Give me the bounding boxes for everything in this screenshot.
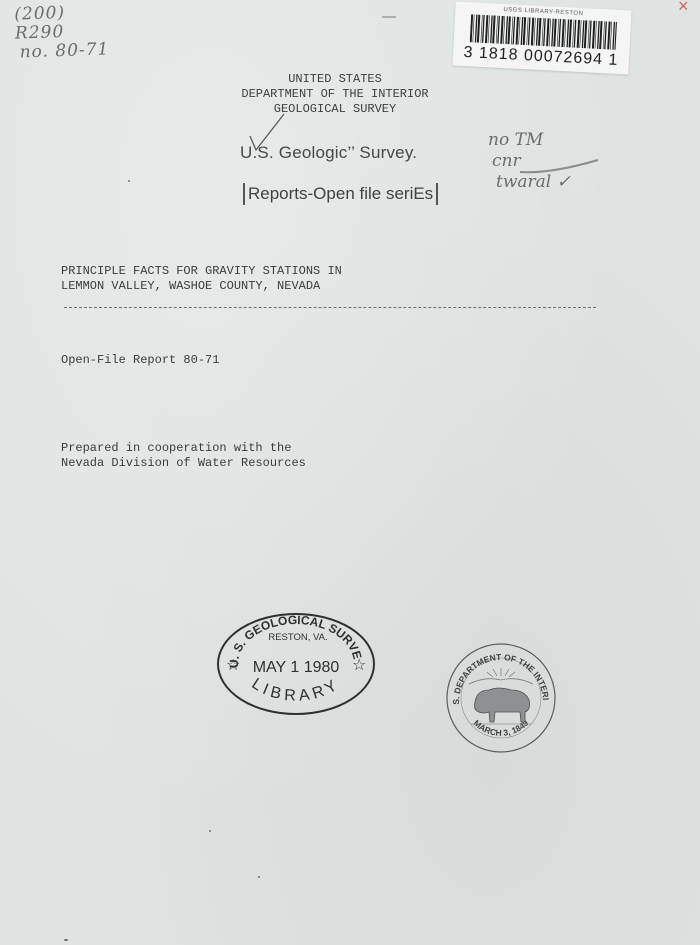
svg-text:LIBRARY: LIBRARY xyxy=(249,675,344,704)
handwritten-call-number: (200) R290 no. 80-71 xyxy=(14,2,110,62)
call-number-line: no. 80-71 xyxy=(19,40,109,62)
header-line: GEOLOGICAL SURVEY xyxy=(200,102,470,117)
bison-icon xyxy=(475,688,530,722)
barcode-sticker: USGS LIBRARY-RESTON 3 1818 00072694 1 xyxy=(452,1,631,74)
department-of-interior-seal: U.S. DEPARTMENT OF THE INTERIOR MARCH 3,… xyxy=(445,642,557,754)
red-x-mark: × xyxy=(678,0,689,17)
divider xyxy=(64,307,596,308)
prepared-line: Prepared in cooperation with the xyxy=(61,441,306,456)
note-line: no TM xyxy=(488,130,571,151)
speck xyxy=(258,876,260,878)
prepared-statement: Prepared in cooperation with the Nevada … xyxy=(61,441,306,471)
pencil-stroke xyxy=(520,158,600,178)
svg-text:MAY 1 1980: MAY 1 1980 xyxy=(253,659,340,676)
agency-header: UNITED STATES DEPARTMENT OF THE INTERIOR… xyxy=(200,72,470,117)
speck xyxy=(128,180,130,182)
title-line: PRINCIPLE FACTS FOR GRAVITY STATIONS IN xyxy=(61,264,342,279)
ink-smudge xyxy=(382,16,396,18)
speck xyxy=(64,939,68,941)
svg-text:☆: ☆ xyxy=(226,655,240,674)
header-line: UNITED STATES xyxy=(200,72,470,87)
prepared-line: Nevada Division of Water Resources xyxy=(61,456,306,471)
speck xyxy=(209,830,211,832)
svg-text:RESTON, VA.: RESTON, VA. xyxy=(268,632,327,643)
report-number: Open-File Report 80-71 xyxy=(61,353,219,367)
document-title: PRINCIPLE FACTS FOR GRAVITY STATIONS IN … xyxy=(61,264,342,294)
series-stamp-line2: Reports-Open file seriEs xyxy=(243,183,438,205)
library-received-stamp: U. S. GEOLOGICAL SURVEY RESTON, VA. ☆ ☆ … xyxy=(216,612,376,716)
header-line: DEPARTMENT OF THE INTERIOR xyxy=(200,87,470,102)
series-stamp-line1: U.S. Geologic’’ Survey. xyxy=(240,143,417,163)
title-line: LEMMON VALLEY, WASHOE COUNTY, NEVADA xyxy=(61,279,342,294)
svg-text:☆: ☆ xyxy=(352,655,366,674)
